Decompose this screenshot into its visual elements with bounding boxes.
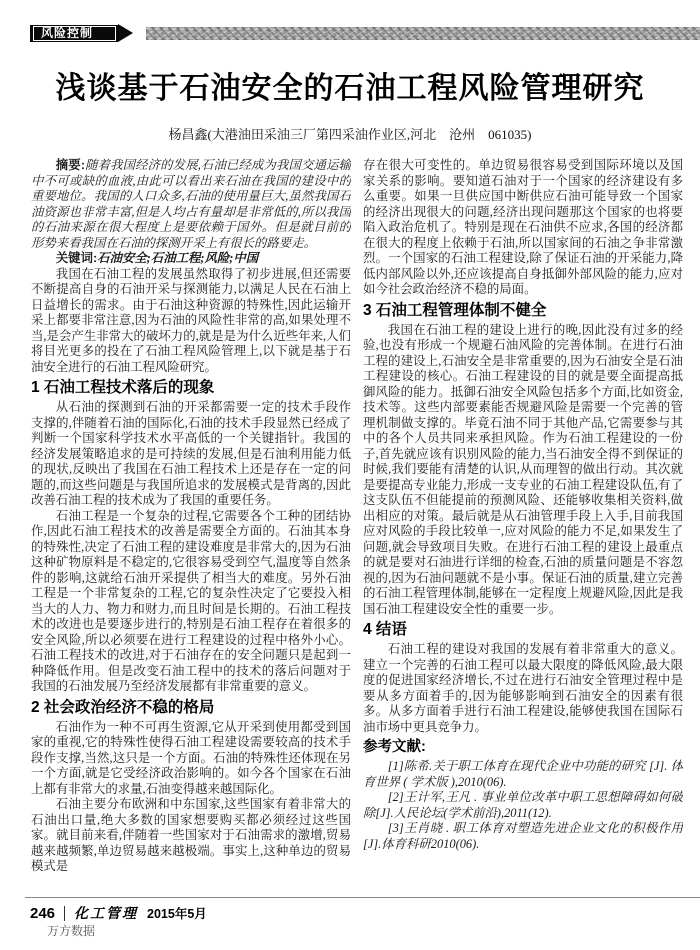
footer: 246 化工管理 2015年5月: [30, 903, 207, 923]
section-4-heading: 4 结语: [363, 620, 683, 640]
abstract-paragraph: 摘要:随着我国经济的发展,石油已经成为我国交通运输中不可或缺的血液,由此可以看出…: [31, 158, 351, 251]
continuation-paragraph: 存在很大可变性的。单边贸易很容易受到国际环境以及国家关系的影响。要知道石油对于一…: [363, 158, 683, 298]
category-banner: 风险控制: [30, 24, 700, 42]
section-3-paragraph-1: 我国在石油工程的建设上进行的晚,因此没有过多的经验,也没有形成一个规避石油风险的…: [363, 323, 683, 618]
reference-item-2: [2]王计军,王凡 . 事业单位改革中职工思想障碍如何破除[J].人民论坛(学术…: [363, 790, 683, 821]
issue-date: 2015年5月: [147, 904, 207, 922]
article-body: 摘要:随着我国经济的发展,石油已经成为我国交通运输中不可或缺的血液,由此可以看出…: [0, 143, 700, 900]
abstract-label: 摘要:: [56, 158, 85, 172]
keywords-label: 关键词:: [56, 251, 97, 265]
banner-label: 风险控制: [33, 26, 116, 41]
journal-name: 化工管理: [74, 903, 138, 923]
footer-divider: [64, 906, 65, 921]
references-heading: 参考文献:: [363, 738, 683, 757]
author-line: 杨昌鑫(大港油田采油三厂第四采油作业区,河北 沧州 061035): [0, 124, 700, 143]
right-column: 存在很大可变性的。单边贸易很容易受到国际环境以及国家关系的影响。要知道石油对于一…: [363, 158, 683, 900]
section-1-paragraph-2: 石油工程是一个复杂的过程,它需要各个工种的团结协作,因此石油工程技术的改善是需要…: [31, 509, 351, 695]
article-title: 浅谈基于石油安全的石油工程风险管理研究: [20, 69, 680, 109]
banner-tag: 风险控制: [30, 25, 118, 42]
wanfang-watermark: 万方数据: [47, 922, 95, 939]
reference-item-3: [3]王肖晓 . 职工体育对塑造先进企业文化的积极作用 [J].体育科研2010…: [363, 821, 683, 852]
reference-item-1: [1]陈希.关于职工体育在现代企业中功能的研究 [J]. 体育世界 ( 学术版 …: [363, 759, 683, 790]
banner-arrow-icon: [118, 24, 133, 42]
page-number: 246: [30, 905, 55, 922]
section-1-heading: 1 石油工程技术落后的现象: [31, 378, 351, 398]
section-2-paragraph-1: 石油作为一种不可再生资源,它从开采到使用都受到国家的重视,它的特殊性使得石油工程…: [31, 720, 351, 798]
section-3-heading: 3 石油工程管理体制不健全: [363, 301, 683, 321]
footer-rule: [25, 897, 700, 898]
section-4-paragraph-1: 石油工程的建设对我国的发展有着非常重大的意义。建立一个完善的石油工程可以最大限度…: [363, 642, 683, 735]
left-column: 摘要:随着我国经济的发展,石油已经成为我国交通运输中不可或缺的血液,由此可以看出…: [31, 158, 351, 900]
section-2-paragraph-2: 石油主要分布欧洲和中东国家,这些国家有着非常大的石油出口量,绝大多数的国家想要购…: [31, 797, 351, 875]
banner-texture-strip: [146, 27, 700, 40]
section-2-heading: 2 社会政治经济不稳的格局: [31, 698, 351, 718]
intro-paragraph: 我国在石油工程的发展虽然取得了初步进展,但还需要不断提高自身的石油开采与探测能力…: [31, 267, 351, 376]
section-1-paragraph-1: 从石油的探测到石油的开采都需要一定的技术手段作支撑的,伴随着石油的国际化,石油的…: [31, 400, 351, 509]
keywords-line: 关键词:石油安全;石油工程;风险;中国: [31, 251, 351, 267]
keywords-text: 石油安全;石油工程;风险;中国: [97, 251, 258, 265]
